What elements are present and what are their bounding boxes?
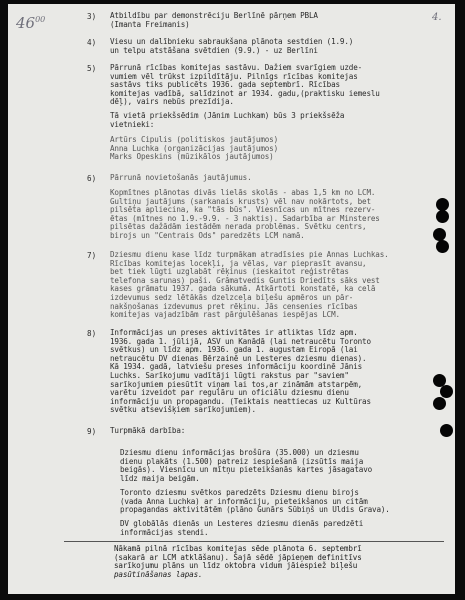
item-number: 3)	[87, 12, 96, 21]
item-8-text: Informācijas un preses aktivitātes ir at…	[110, 329, 371, 415]
item-4-text: Viesu un dalībnieku sabraukšana plānota …	[110, 38, 353, 55]
line: birojs un "Centrais Ods" paredzēts LCM n…	[110, 231, 305, 240]
line: un telpu atstāšana svētdien (9.9.) - uz …	[110, 46, 318, 55]
line: informācijas stendi.	[120, 528, 208, 537]
punch-hole	[433, 397, 446, 410]
document-page: 4600 4. 3) Atbildību par demonstrēciju B…	[8, 4, 455, 594]
punch-hole	[436, 210, 449, 223]
line: (Imanta Freimanis)	[110, 20, 190, 29]
line: propagandas aktivitātēm (plāno Gunārs Sū…	[120, 505, 390, 514]
item-5-deputies-list: Artūrs Cipulis (politiskos jautājumos) A…	[110, 136, 278, 162]
item-number: 5)	[87, 64, 96, 73]
punch-hole	[440, 424, 453, 437]
line: līdz maija beigām.	[120, 474, 200, 483]
separator-line	[64, 541, 444, 542]
item-6-text: Kopmītnes plānotas divās lielās skolās -…	[110, 189, 380, 241]
punch-hole	[433, 228, 446, 241]
item-number: 9)	[87, 427, 96, 436]
line: komitejas vajadzībām rast pārgulēšanas i…	[110, 310, 340, 319]
handwritten-number: 46	[16, 14, 35, 32]
item-3-text: Atbildību par demonstrēciju Berlīnē pārņ…	[110, 12, 318, 29]
line: Pārrunā novietošanās jautājumus.	[110, 173, 252, 182]
handwritten-page-annotation: 4600	[16, 14, 45, 32]
item-7-text: Dziesmu dienu kase līdz turpmākam atradī…	[110, 251, 389, 320]
handwritten-superscript: 00	[35, 15, 45, 24]
line: pasūtināšanas lapas.	[114, 570, 202, 579]
item-5-deputies-intro: Tā vietā priekšsēdim (Jānim Luchkam) būs…	[110, 112, 344, 129]
item-number: 8)	[87, 329, 96, 338]
item-9-toronto-text: Toronto dziesmu svētkos paredzēts Dziesm…	[120, 489, 390, 515]
item-number: 4)	[87, 38, 96, 47]
closing-text: Nākamā pilnā rīcības komitejas sēde plān…	[114, 545, 362, 579]
line: dēļ), vairs nebūs prezīdija.	[110, 97, 234, 106]
line: vietnieki:	[110, 120, 154, 129]
punch-hole	[440, 385, 453, 398]
line: svētku atsevišķiem sarīkojumiem).	[110, 405, 256, 414]
item-9-title: Turpmākā darbība:	[110, 427, 185, 436]
page-number: 4.	[432, 12, 442, 23]
punch-hole	[436, 240, 449, 253]
item-number: 7)	[87, 251, 96, 260]
item-5-text: Pārrunā rīcības komitejas sastāvu. Dažie…	[110, 64, 380, 107]
item-9-stands-text: DV globālās dienās un Lesteres dziesmu d…	[120, 520, 363, 537]
item-9-brochure-text: Dziesmu dienu informācijas brošūra (35.0…	[120, 449, 372, 483]
item-6-title: Pārrunā novietošanās jautājumus.	[110, 174, 252, 183]
line: Marks Opeskins (mūzikālos jautājumos)	[110, 152, 274, 161]
line: Turpmākā darbība:	[110, 426, 185, 435]
item-number: 6)	[87, 174, 96, 183]
